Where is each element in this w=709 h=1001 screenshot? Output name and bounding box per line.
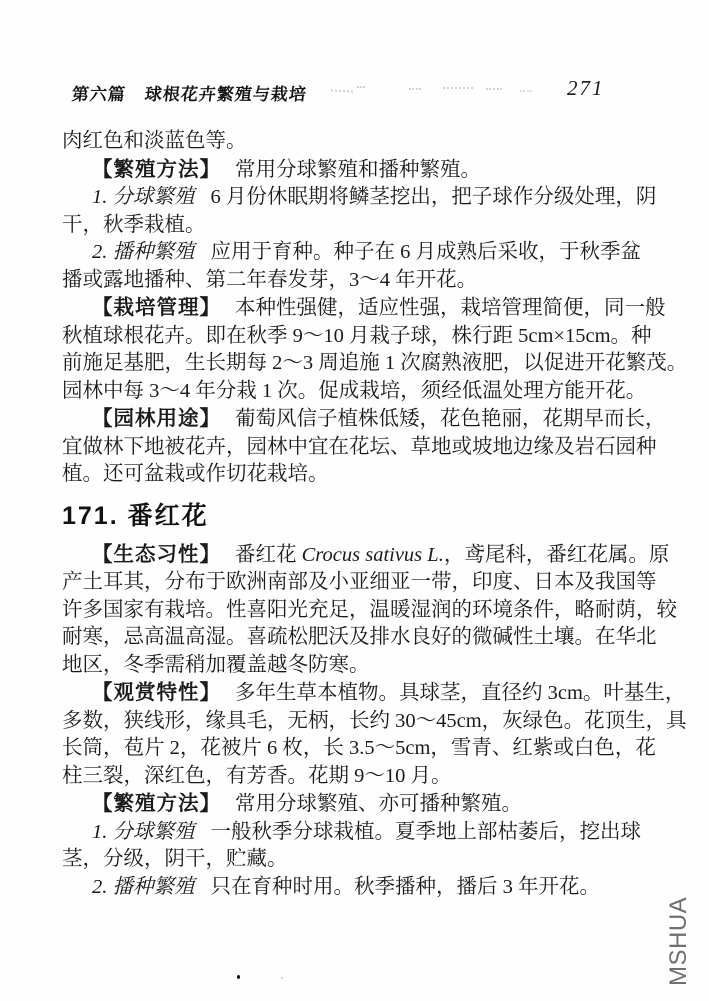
book-title: 球根花卉繁殖与栽培 <box>143 80 308 105</box>
line-text: ，鸢尾科，番红花属。原 <box>444 544 670 566</box>
line-text: 6 月份休眠期将鳞茎挖出，把子球作分级处理，阴 <box>211 186 657 208</box>
line-text: 地区，冬季需稍加覆盖越冬防寒。 <box>62 654 370 676</box>
text-line: 干，秋季栽植。 <box>62 212 658 240</box>
line-text: 植。还可盆栽或作切花栽培。 <box>62 463 329 485</box>
text-line: 2. 播种繁殖应用于育种。种子在 6 月成熟后采收，于秋季盆 <box>62 239 658 267</box>
text-line: 【生态习性】番红花 Crocus sativus L.，鸢尾科，番红花属。原 <box>62 541 658 570</box>
section-label: 【栽培管理】 <box>92 296 221 319</box>
line-text: 多年生草本植物。具球茎，直径约 3cm。叶基生， <box>235 682 685 704</box>
page-body: 肉红色和淡蓝色等。 【繁殖方法】常用分球繁殖和播种繁殖。 1. 分球繁殖6 月份… <box>62 128 658 901</box>
scan-smudge <box>520 90 532 92</box>
line-text: 应用于育种。种子在 6 月成熟后采收，于秋季盆 <box>211 241 642 263</box>
line-text: 园林中每 3～4 年分栽 1 次。促成栽培，须经低温处理方能开花。 <box>62 380 646 402</box>
line-text: 干，秋季栽植。 <box>62 214 206 236</box>
text-line: 宜做林下地被花卉，园林中宜在花坛、草地或坡地边缘及岩石园种 <box>62 434 658 462</box>
numbered-item-label: 1. 分球繁殖 <box>92 821 195 843</box>
scan-smudge <box>331 89 353 92</box>
text-line: 多数，狭线形，缘具毛，无柄，长约 30～45cm，灰绿色。花顶生，具 <box>62 708 658 736</box>
page-number: 271 <box>567 76 605 101</box>
ink-speck <box>237 975 240 979</box>
numbered-item-label: 2. 播种繁殖 <box>92 241 195 263</box>
ink-speck <box>281 977 283 979</box>
line-text: 茎，分级，阴干，贮藏。 <box>62 848 288 870</box>
text-line: 园林中每 3～4 年分栽 1 次。促成栽培，须经低温处理方能开花。 <box>62 378 658 406</box>
line-text: 耐寒，忌高温高湿。喜疏松肥沃及排水良好的微碱性土壤。在华北 <box>62 626 657 648</box>
line-text: 前施足基肥，生长期每 2～3 周追施 1 次腐熟液肥，以促进开花繁茂。 <box>62 352 687 374</box>
scanned-book-page: 第六篇 球根花卉繁殖与栽培 271 肉红色和淡蓝色等。 【繁殖方法】常用分球繁殖… <box>0 0 709 1001</box>
text-line: 前施足基肥，生长期每 2～3 周追施 1 次腐熟液肥，以促进开花繁茂。 <box>62 350 658 378</box>
text-line: 肉红色和淡蓝色等。 <box>62 128 658 156</box>
numbered-item-label: 1. 分球繁殖 <box>92 186 195 208</box>
line-text: 本种性强健，适应性强，栽培管理简便，同一般 <box>235 297 666 319</box>
text-line: 【栽培管理】本种性强健，适应性强，栽培管理简便，同一般 <box>62 294 658 323</box>
text-line: 播或露地播种、第二年春发芽，3～4 年开花。 <box>62 267 658 295</box>
scan-smudge <box>443 87 473 89</box>
text-line: 2. 播种繁殖只在育种时用。秋季播种，播后 3 年开花。 <box>62 874 658 902</box>
line-text: 产土耳其，分布于欧洲南部及小亚细亚一带，印度、日本及我国等 <box>62 571 657 593</box>
line-text: 葡萄风信子植株低矮，花色艳丽，花期早而长， <box>235 408 666 430</box>
text-line: 植。还可盆栽或作切花栽培。 <box>62 461 658 489</box>
line-text: 秋植球根花卉。即在秋季 9～10 月栽子球，株行距 5cm×15cm。种 <box>62 325 652 347</box>
text-line: 【繁殖方法】常用分球繁殖、亦可播种繁殖。 <box>62 790 658 819</box>
text-line: 耐寒，忌高温高湿。喜疏松肥沃及排水良好的微碱性土壤。在华北 <box>62 624 658 652</box>
entry-heading: 171. 番红花 <box>62 501 658 531</box>
line-text: 肉红色和淡蓝色等。 <box>62 130 247 152</box>
text-line: 【繁殖方法】常用分球繁殖和播种繁殖。 <box>62 156 658 185</box>
section-label: 【生态习性】 <box>92 543 221 566</box>
line-text: 许多国家有栽培。性喜阳光充足，温暖湿润的环境条件，略耐荫，较 <box>62 599 677 621</box>
line-text: 只在育种时用。秋季播种，播后 3 年开花。 <box>211 876 601 898</box>
line-text: 柱三裂，深红色，有芳香。花期 9～10 月。 <box>62 765 452 787</box>
text-line: 秋植球根花卉。即在秋季 9～10 月栽子球，株行距 5cm×15cm。种 <box>62 323 658 351</box>
watermark-text: MSHUA <box>665 897 693 986</box>
line-text: 播或露地播种、第二年春发芽，3～4 年开花。 <box>62 269 477 291</box>
text-line: 【园林用途】葡萄风信子植株低矮，花色艳丽，花期早而长， <box>62 405 658 434</box>
text-line: 茎，分级，阴干，贮藏。 <box>62 846 658 874</box>
chapter-label: 第六篇 <box>71 80 128 105</box>
line-text: 常用分球繁殖、亦可播种繁殖。 <box>235 793 522 815</box>
scan-smudge <box>409 88 421 90</box>
running-header: 第六篇 球根花卉繁殖与栽培 <box>72 80 307 105</box>
text-line: 1. 分球繁殖一般秋季分球栽植。夏季地上部枯萎后，挖出球 <box>62 819 658 847</box>
text-line: 【观赏特性】多年生草本植物。具球茎，直径约 3cm。叶基生， <box>62 679 658 708</box>
numbered-item-label: 2. 播种繁殖 <box>92 876 195 898</box>
text-line: 产土耳其，分布于欧洲南部及小亚细亚一带，印度、日本及我国等 <box>62 569 658 597</box>
section-label: 【观赏特性】 <box>92 681 221 704</box>
text-line: 长筒，苞片 2，花被片 6 枚，长 3.5～5cm，雪青、红紫或白色，花 <box>62 735 658 763</box>
section-label: 【园林用途】 <box>92 407 221 430</box>
line-text: 宜做林下地被花卉，园林中宜在花坛、草地或坡地边缘及岩石园种 <box>62 436 657 458</box>
section-label: 【繁殖方法】 <box>92 792 221 815</box>
text-line: 柱三裂，深红色，有芳香。花期 9～10 月。 <box>62 763 658 791</box>
line-text: 一般秋季分球栽植。夏季地上部枯萎后，挖出球 <box>211 821 642 843</box>
line-text: 常用分球繁殖和播种繁殖。 <box>235 159 481 181</box>
line-text: 长筒，苞片 2，花被片 6 枚，长 3.5～5cm，雪青、红紫或白色，花 <box>62 737 656 759</box>
latin-species-name: Crocus sativus L. <box>302 544 444 566</box>
text-line: 1. 分球繁殖6 月份休眠期将鳞茎挖出，把子球作分级处理，阴 <box>62 184 658 212</box>
text-line: 许多国家有栽培。性喜阳光充足，温暖湿润的环境条件，略耐荫，较 <box>62 597 658 625</box>
scan-smudge <box>486 88 502 90</box>
line-text: 多数，狭线形，缘具毛，无柄，长约 30～45cm，灰绿色。花顶生，具 <box>62 710 687 732</box>
section-label: 【繁殖方法】 <box>92 158 221 181</box>
text-line: 地区，冬季需稍加覆盖越冬防寒。 <box>62 652 658 680</box>
line-text: 番红花 <box>235 544 302 566</box>
scan-smudge <box>357 86 365 88</box>
